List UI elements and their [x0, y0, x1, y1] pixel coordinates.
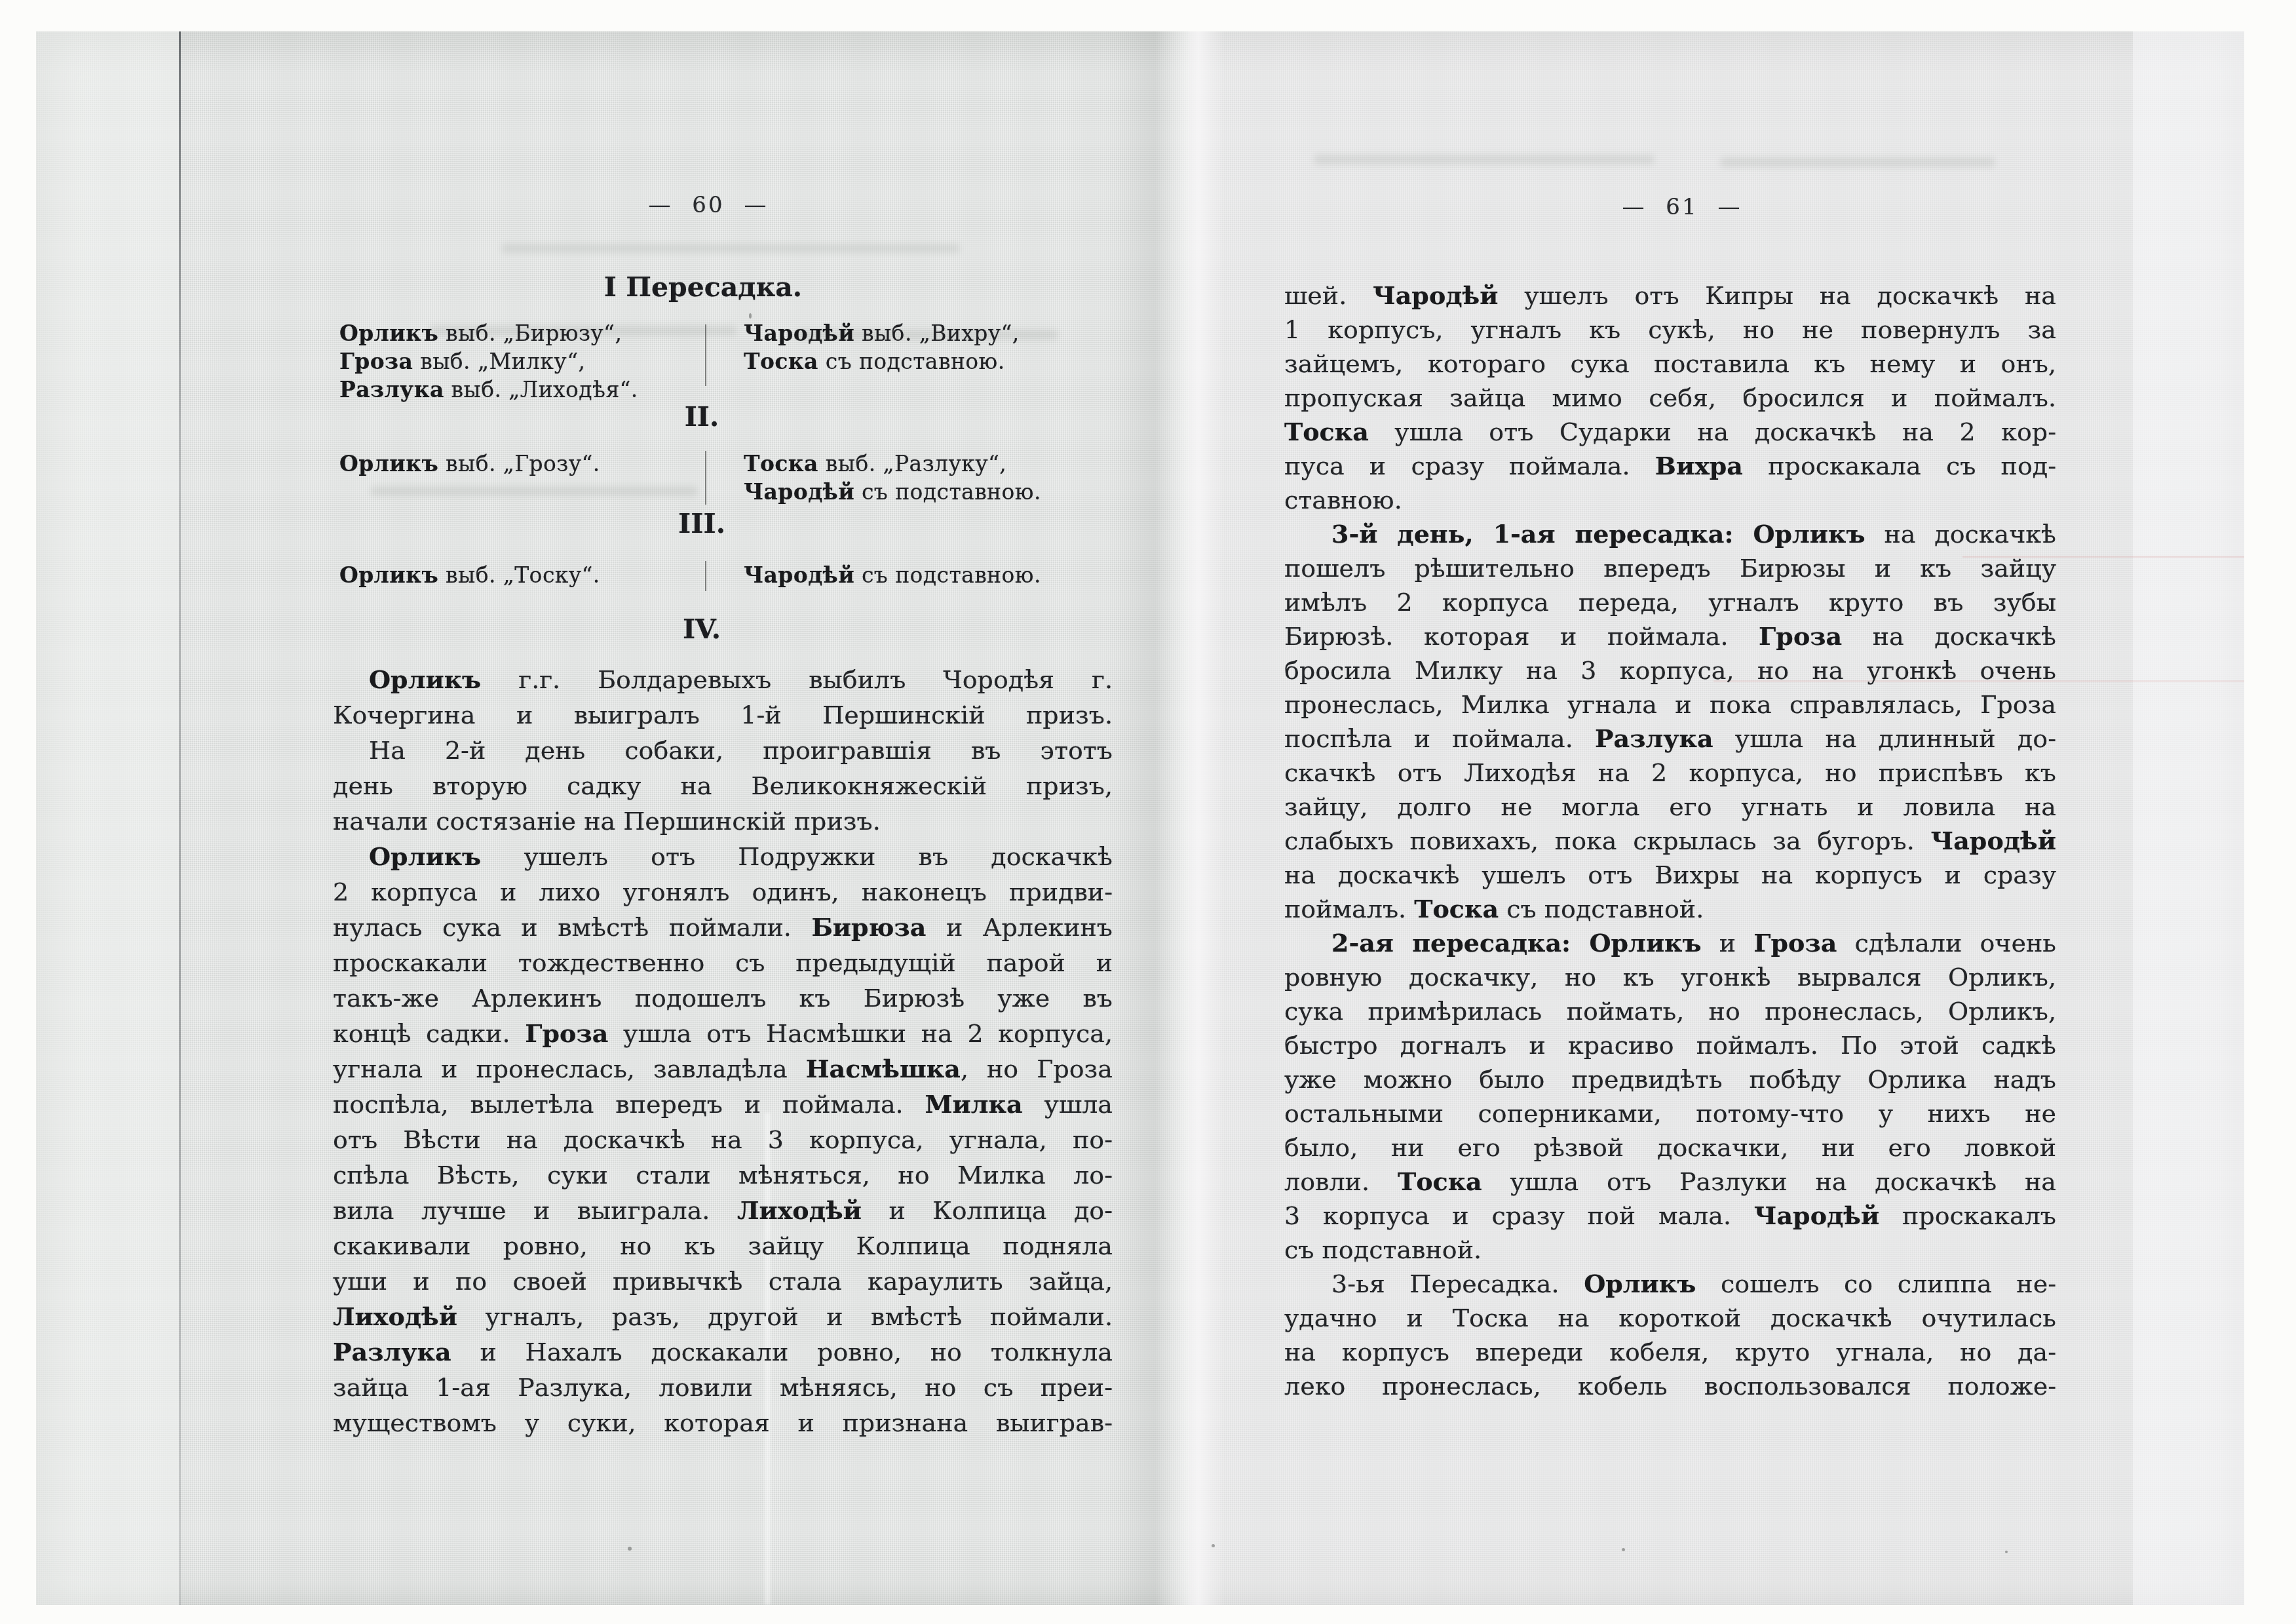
page-number: — 60 — [333, 192, 1113, 218]
text-line: сука примѣрилась поймать, но пронеслась,… [1284, 994, 2056, 1028]
text-line: Чародѣй съ подставною. [744, 561, 1041, 589]
text-line: Лиходѣй угналъ, разъ, другой и вмѣстѣ по… [333, 1299, 1113, 1334]
text-line: зайцемъ, котораго сука поставила къ нему… [1284, 347, 2056, 381]
pairing-column-right: Чародѣй выб. „Вихру“,Тоска съ подставною… [744, 319, 1020, 376]
text-line: ставною. [1284, 483, 2056, 517]
text-line: на доскачкѣ ушелъ отъ Вихры на корпусъ и… [1284, 858, 2056, 892]
pairing-column-left: Орликъ выб. „Бирюзу“,Гроза выб. „Милку“,… [339, 319, 638, 404]
text-line: Гроза выб. „Милку“, [339, 347, 638, 376]
book-gutter-shadow [1104, 31, 1225, 1605]
text-line: 1 корпусъ, угналъ къ сукѣ, но не поверну… [1284, 313, 2056, 347]
column-divider [705, 561, 706, 591]
text-line: шей. Чародѣй ушелъ отъ Кипры на доскачкѣ… [1284, 279, 2056, 313]
text-line: Орликъ выб. „Грозу“. [339, 450, 600, 478]
text-line: остальными соперниками, потому-что у них… [1284, 1096, 2056, 1131]
text-line: На 2-й день собаки, проигравшія въ этотъ [333, 733, 1113, 768]
text-line: Кочергина и выигралъ 1-й Першинскій приз… [333, 697, 1113, 733]
heading-section-2: II. [333, 401, 1113, 433]
text-line: Орликъ ушелъ отъ Подружки въ доскачкѣ [333, 839, 1113, 874]
text-line: отъ Вѣсти на доскачкѣ на 3 корпуса, угна… [333, 1122, 1113, 1157]
text-line: такъ-же Арлекинъ подошелъ къ Бирюзѣ уже … [333, 980, 1113, 1016]
book-scan: — 60 — I Пересадка. Орликъ выб. „Бирюзу“… [0, 0, 2296, 1624]
heading-section-3: III. [333, 508, 1113, 539]
text-line: Тоска съ подставною. [744, 347, 1020, 376]
text-line: Орликъ г.г. Болдаревыхъ выбилъ Чородѣя г… [333, 662, 1113, 697]
text-line: удачно и Тоска на короткой доскачкѣ очут… [1284, 1301, 2056, 1335]
text-line: ровную доскачку, но къ угонкѣ вырвался О… [1284, 960, 2056, 994]
heading-section-4: IV. [333, 613, 1113, 645]
text-line: начали состязаніе на Першинскій призъ. [333, 803, 1113, 839]
text-line: было, ни его рѣзвой доскачки, ни его лов… [1284, 1131, 2056, 1165]
text-line: 2 корпуса и лихо угонялъ одинъ, наконецъ… [333, 874, 1113, 910]
text-line: проскакали тождественно съ предыдущій па… [333, 945, 1113, 980]
text-line: Тоска выб. „Разлуку“, [744, 450, 1041, 478]
text-line: Разлука выб. „Лиходѣя“. [339, 376, 638, 404]
text-line: вила лучше и выиграла. Лиходѣй и Колпица… [333, 1193, 1113, 1228]
text-line: съ подставной. [1284, 1233, 2056, 1267]
body-text-left-page: Орликъ г.г. Болдаревыхъ выбилъ Чородѣя г… [333, 662, 1113, 1440]
pairing-section-3: Орликъ выб. „Тоску“. Чародѣй съ подставн… [333, 561, 1113, 595]
text-line: концѣ садки. Гроза ушла отъ Насмѣшки на … [333, 1016, 1113, 1051]
text-line: уже можно было предвидѣть побѣду Орлика … [1284, 1062, 2056, 1096]
text-line: спѣла Вѣсть, суки стали мѣняться, но Мил… [333, 1157, 1113, 1193]
text-line: зайца 1-ая Разлука, ловили мѣняясь, но с… [333, 1370, 1113, 1405]
pairing-section-1: Орликъ выб. „Бирюзу“,Гроза выб. „Милку“,… [333, 319, 1113, 411]
text-line: угнала и пронеслась, завладѣла Насмѣшка,… [333, 1051, 1113, 1087]
pairing-column-left: Орликъ выб. „Грозу“. [339, 450, 600, 478]
page-number: — 61 — [1284, 194, 2056, 220]
column-divider [705, 324, 706, 386]
text-line: пропуская зайца мимо себя, бросился и по… [1284, 381, 2056, 415]
page-edge-line [179, 31, 181, 1605]
dust-speck [1212, 1544, 1215, 1547]
text-line: леко пронеслась, кобель воспользовался п… [1284, 1369, 2056, 1403]
text-line: день вторую садку на Великокняжескій при… [333, 768, 1113, 803]
body-text-right-page: шей. Чародѣй ушелъ отъ Кипры на доскачкѣ… [1284, 279, 2056, 1403]
text-line: 3-й день, 1-ая пересадка: Орликъ на доск… [1284, 517, 2056, 551]
text-line: Разлука и Нахалъ доскакали ровно, но тол… [333, 1334, 1113, 1370]
text-line: Орликъ выб. „Бирюзу“, [339, 319, 638, 347]
text-line: пуса и сразу поймала. Вихра проскакала с… [1284, 449, 2056, 483]
text-line: нулась сука и вмѣстѣ поймали. Бирюза и А… [333, 910, 1113, 945]
text-line: быстро догналъ и красиво поймалъ. По это… [1284, 1028, 2056, 1062]
right-edge-band [2133, 31, 2244, 1605]
text-line: на корпусъ впереди кобеля, круто угнала,… [1284, 1335, 2056, 1369]
pairing-column-right: Тоска выб. „Разлуку“,Чародѣй съ подставн… [744, 450, 1041, 506]
text-line: Чародѣй съ подставною. [744, 478, 1041, 506]
text-line: поспѣла и поймала. Разлука ушла на длинн… [1284, 722, 2056, 756]
text-line: слабыхъ повихахъ, пока скрылась за бугор… [1284, 824, 2056, 858]
text-line: Бирюзѣ. которая и поймала. Гроза на доск… [1284, 619, 2056, 653]
text-line: Орликъ выб. „Тоску“. [339, 561, 600, 589]
pairing-section-2: Орликъ выб. „Грозу“. Тоска выб. „Разлуку… [333, 450, 1113, 512]
column-divider [705, 451, 706, 505]
text-line: 2-ая пересадка: Орликъ и Гроза сдѣлали о… [1284, 926, 2056, 960]
text-line: поспѣла, вылетѣла впередъ и поймала. Мил… [333, 1087, 1113, 1122]
pairing-column-right: Чародѣй съ подставною. [744, 561, 1041, 589]
text-line: бросила Милку на 3 корпуса, но на угонкѣ… [1284, 653, 2056, 687]
heading-peresadka-1: I Пересадка. [333, 271, 1113, 303]
text-line: 3 корпуса и сразу пой мала. Чародѣй прос… [1284, 1199, 2056, 1233]
text-line: Тоска ушла отъ Сударки на доскачкѣ на 2 … [1284, 415, 2056, 449]
text-line: зайцу, долго не могла его угнать и ловил… [1284, 790, 2056, 824]
text-line: муществомъ у суки, которая и признана вы… [333, 1405, 1113, 1440]
text-line: Чародѣй выб. „Вихру“, [744, 319, 1020, 347]
text-line: поймалъ. Тоска съ подставной. [1284, 892, 2056, 926]
text-line: уши и по своей привычкѣ стала караулить … [333, 1264, 1113, 1299]
text-line: ловли. Тоска ушла отъ Разлуки на доскачк… [1284, 1165, 2056, 1199]
page-61: — 61 — шей. Чародѣй ушелъ отъ Кипры на д… [1284, 0, 2056, 1624]
text-line: пронеслась, Милка угнала и пока справлял… [1284, 687, 2056, 722]
scanner-edge-band [36, 31, 179, 1605]
text-line: скачкѣ отъ Лиходѣя на 2 корпуса, но прис… [1284, 756, 2056, 790]
page-60: — 60 — I Пересадка. Орликъ выб. „Бирюзу“… [333, 0, 1113, 1624]
text-line: 3-ья Пересадка. Орликъ сошелъ со слиппа … [1284, 1267, 2056, 1301]
text-line: скакивали ровно, но къ зайцу Колпица под… [333, 1228, 1113, 1264]
text-line: пошелъ рѣшительно впередъ Бирюзы и къ за… [1284, 551, 2056, 585]
pairing-column-left: Орликъ выб. „Тоску“. [339, 561, 600, 589]
text-line: имѣлъ 2 корпуса переда, угналъ круто въ … [1284, 585, 2056, 619]
